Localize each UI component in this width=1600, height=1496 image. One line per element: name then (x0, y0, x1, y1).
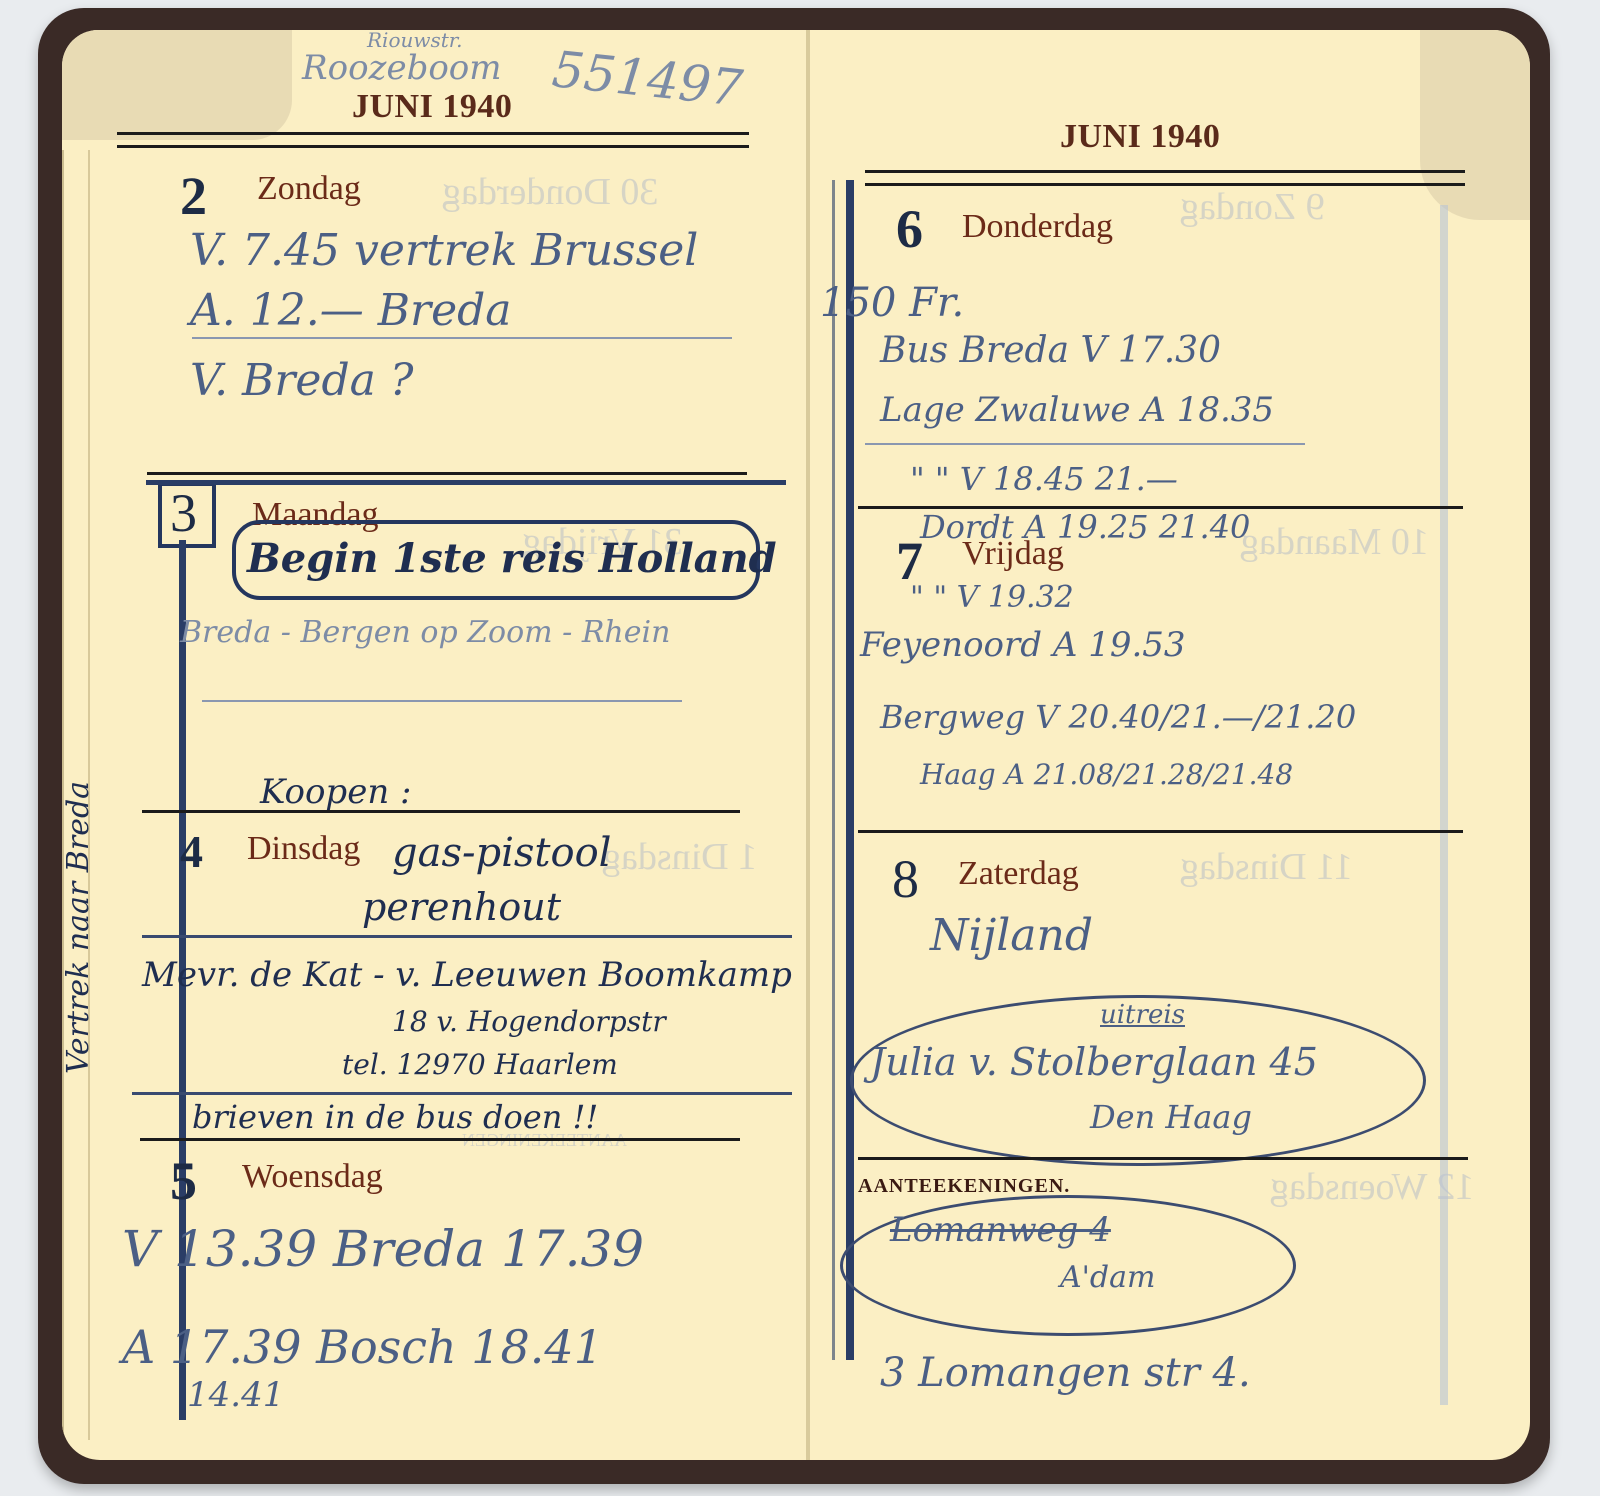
note: Breda - Bergen op Zoom - Rhein (180, 615, 670, 650)
note: A. 12.— Breda (190, 285, 512, 336)
day-name: Vrijdag (962, 535, 1064, 573)
note: 14.41 (187, 1375, 284, 1415)
note: A'dam (1060, 1260, 1155, 1295)
note: Den Haag (1090, 1098, 1252, 1136)
notes-heading: AANTEEKENINGEN. (858, 1175, 1070, 1198)
note: Julia v. Stolberglaan 45 (870, 1040, 1318, 1084)
header-annotation-name: Roozeboom (302, 48, 502, 88)
note: perenhout (362, 885, 561, 929)
note: V 13.39 Breda 17.39 (122, 1220, 644, 1278)
torn-corner (1420, 30, 1530, 220)
header-rule (865, 170, 1465, 186)
note: gas-pistool (392, 830, 611, 876)
pen-line (146, 480, 786, 485)
day-divider (147, 472, 747, 475)
day-name: Zaterdag (958, 855, 1079, 893)
pen-line-vertical (832, 180, 835, 1360)
note: Begin 1ste reis Holland (247, 535, 777, 582)
day-divider (858, 506, 1463, 509)
day-name: Woensdag (242, 1158, 383, 1196)
month-header: JUNI 1940 (352, 88, 512, 126)
note: tel. 12970 Haarlem (342, 1048, 618, 1081)
ghost-text: 11 Dinsdag (1180, 845, 1353, 889)
day-number: 2 (180, 165, 207, 227)
note: V. Breda ? (190, 355, 413, 406)
note: A 17.39 Bosch 18.41 (122, 1320, 603, 1374)
left-page: 30 Donderdag 31 Vrijdag 1 Dinsdag AANTEE… (62, 30, 808, 1460)
month-header: JUNI 1940 (1060, 118, 1220, 156)
pen-underline (865, 443, 1305, 445)
day-number: 8 (892, 848, 919, 910)
day-divider (140, 1138, 740, 1141)
day-name: Dinsdag (247, 830, 360, 868)
note: " " V 19.32 (910, 580, 1074, 615)
day-number: 6 (896, 198, 923, 260)
header-rule (117, 132, 749, 148)
note: V. 7.45 vertrek Brussel (190, 225, 698, 276)
note: " " V 18.45 21.— (910, 460, 1178, 498)
day-number: 4 (180, 825, 203, 878)
ghost-text: 30 Donderdag (442, 170, 658, 214)
note: Lage Zwaluwe A 18.35 (880, 390, 1274, 430)
pen-line (132, 1092, 792, 1095)
pen-line-vertical (846, 180, 854, 1360)
day-name: Zondag (257, 170, 361, 208)
day-divider (858, 830, 1463, 833)
pen-underline (202, 700, 682, 702)
note: Nijland (930, 910, 1093, 961)
ghost-text: 10 Maandag (1240, 520, 1429, 564)
note: Haag A 21.08/21.28/21.48 (920, 758, 1293, 791)
note: Bus Breda V 17.30 (880, 330, 1221, 371)
note: Lomanweg 4 (890, 1210, 1111, 1250)
note: Mevr. de Kat - v. Leeuwen Boomkamp (142, 955, 792, 995)
day-name: Donderdag (962, 208, 1113, 246)
note: 150 Fr. (820, 280, 964, 326)
header-annotation-phone: 551497 (549, 40, 745, 118)
note: brieven in de bus doen !! (192, 1098, 598, 1136)
margin-note: Vertrek naar Breda (62, 781, 96, 1074)
day-number: 3 (170, 482, 197, 544)
pen-underline (192, 337, 732, 339)
ghost-line (1440, 205, 1448, 1405)
note: Feyenoord A 19.53 (860, 625, 1186, 665)
torn-corner (62, 30, 292, 140)
ghost-text: 9 Zondag (1180, 185, 1325, 229)
note: Koopen : (260, 772, 411, 812)
pen-line (142, 935, 792, 938)
day-divider (858, 1157, 1468, 1160)
note: 3 Lomangen str 4. (880, 1350, 1251, 1396)
note: 18 v. Hogendorpstr (392, 1005, 666, 1038)
right-page: 9 Zondag 10 Maandag 11 Dinsdag 12 Woensd… (810, 30, 1530, 1460)
note: uitreis (1100, 1000, 1185, 1030)
ghost-text: 1 Dinsdag (602, 835, 757, 879)
note: Bergweg V 20.40/21.—/21.20 (880, 698, 1356, 736)
day-number: 5 (170, 1150, 197, 1212)
day-divider (142, 810, 740, 813)
